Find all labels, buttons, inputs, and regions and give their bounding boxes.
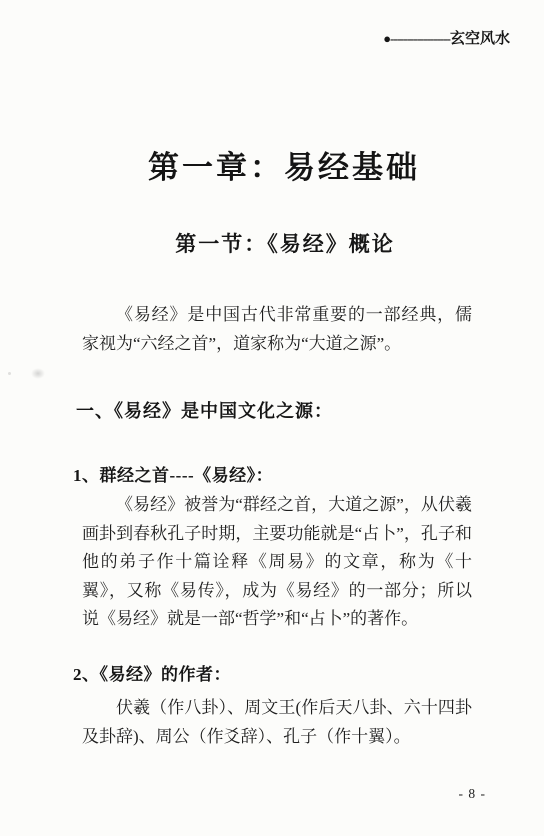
scan-smudge-artifact (31, 368, 45, 379)
subsection-heading-first-of-classics: 1、群经之首----《易经》： (73, 461, 273, 486)
scanned-book-page: ●------------------玄空风水 第一章：易经基础 第一节：《易经… (0, 0, 544, 836)
chapter-title: 第一章：易经基础 (24, 142, 544, 187)
scan-speck-artifact (8, 372, 11, 375)
subsection-heading-authors: 2、《易经》的作者： (73, 660, 231, 685)
paragraph-yijing-authors: 伏羲（作八卦）、周文王(作后天八卦、六十四卦及卦辞)、周公（作爻辞）、孔子（作十… (82, 694, 472, 751)
section-heading-culture-source: 一、《易经》是中国文化之源： (76, 397, 333, 423)
page-number: - 8 - (459, 786, 487, 802)
section-title: 第一节：《易经》概论 (26, 228, 544, 258)
running-header: ●------------------玄空风水 (383, 27, 510, 48)
intro-paragraph: 《易经》是中国古代非常重要的一部经典，儒家视为“六经之首”，道家称为“大道之源”… (82, 301, 472, 358)
book-title: 玄空风水 (450, 31, 510, 47)
paragraph-yijing-origin: 《易经》被誉为“群经之首，大道之源”，从伏羲画卦到春秋孔子时期，主要功能就是“占… (82, 491, 472, 634)
header-rule-ornament: ●------------------ (383, 31, 450, 46)
